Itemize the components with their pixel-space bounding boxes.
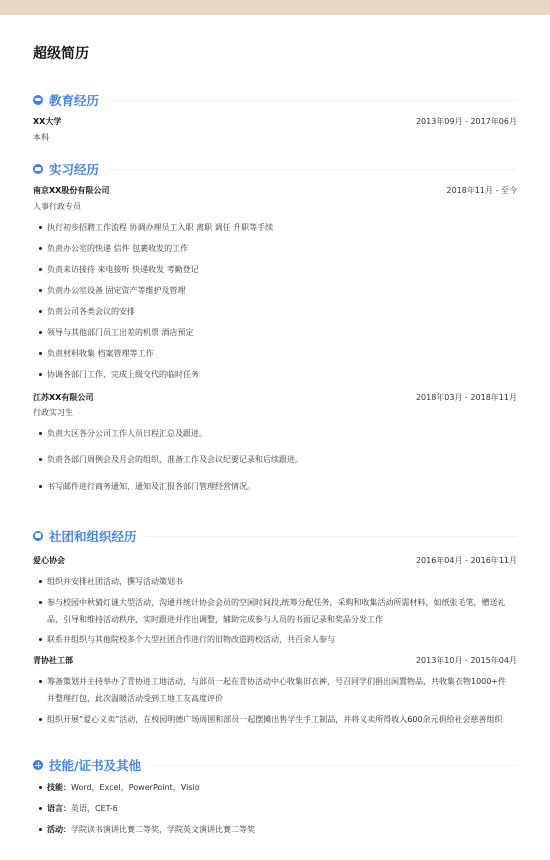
briefcase-icon xyxy=(33,164,43,174)
grid-icon xyxy=(33,760,43,770)
job-title: 行政实习生 xyxy=(33,407,73,418)
skill-value: 英语，CET-6 xyxy=(71,804,118,813)
list-item: 负责各部门周例会及月会的组织，准备工作及会议纪要记录和后续跟进。 xyxy=(47,451,514,468)
skill-item: 活动：学院读书演讲比赛二等奖，学院英文演讲比赛二等奖 xyxy=(47,821,514,838)
section-title: 实习经历 xyxy=(49,160,99,178)
list-item: 联系并组织与其他院校多个大型社团合作进行的旧物改造跨校活动，共百余人参与 xyxy=(47,631,514,648)
skill-label: 技能： xyxy=(47,783,71,792)
section-title: 技能/证书及其他 xyxy=(49,756,141,774)
list-item: 协调各部门工作，完成上级交代的临时任务 xyxy=(47,366,514,383)
list-item: 执行初步招聘工作流程 协调办理员工入职 离职 调任 升职等手续 xyxy=(47,219,514,236)
list-item: 组织并安排社团活动，撰写活动策划书 xyxy=(47,573,514,590)
entry-header: XX大学 2013年09月 - 2017年06月 xyxy=(33,116,517,127)
degree: 本科 xyxy=(33,132,49,143)
section-header-skills: 技能/证书及其他 xyxy=(33,756,517,774)
entry-header: 爱心协会 2016年04月 - 2016年11月 xyxy=(33,555,517,566)
entry-date: 2018年11月 - 至今 xyxy=(446,185,517,196)
job-title: 人事行政专员 xyxy=(33,201,81,212)
section-header-internship: 实习经历 xyxy=(33,160,517,178)
organization-name: 青协社工部 xyxy=(33,655,73,666)
organization-name: 爱心协会 xyxy=(33,555,65,566)
section-divider xyxy=(107,100,517,101)
list-item: 组织开展“爱心义卖”活动，在校园明德广场周围和部员一起摆摊出售学生手工制品，并将… xyxy=(47,711,514,728)
skill-item: 语言：英语，CET-6 xyxy=(47,800,514,817)
section-divider xyxy=(149,765,517,766)
resume-title: 超级简历 xyxy=(33,43,89,63)
entry-date: 2016年04月 - 2016年11月 xyxy=(416,555,517,566)
section-header-clubs: 社团和组织经历 xyxy=(33,527,517,545)
list-item: 筹备策划并主持举办了青协进工地活动，与部员一起在青协活动中心收集旧衣裤，号召同学… xyxy=(47,673,514,707)
list-item: 负责来访接待 来电接听 快递收发 考勤登记 xyxy=(47,261,514,278)
section-divider xyxy=(107,169,517,170)
section-title: 教育经历 xyxy=(49,91,99,109)
list-item: 负责大区各分公司工作人员日程汇总及跟进。 xyxy=(47,425,514,442)
company-name: 南京XX股份有限公司 xyxy=(33,185,109,196)
company-name: 江苏XX有限公司 xyxy=(33,392,93,403)
skill-item: 技能：Word，Excel，PowerPoint，Visio xyxy=(47,779,514,796)
entry-date: 2013年10月 - 2015年04月 xyxy=(416,655,517,666)
entry-date: 2018年03月 - 2018年11月 xyxy=(416,392,517,403)
entry-header: 青协社工部 2013年10月 - 2015年04月 xyxy=(33,655,517,666)
skill-label: 活动： xyxy=(47,825,71,834)
header-band xyxy=(0,0,550,15)
entry-date: 2013年09月 - 2017年06月 xyxy=(416,116,517,127)
list-item: 负责办公室的快递 信件 包裹收发的工作 xyxy=(47,240,514,257)
skill-value: 学院读书演讲比赛二等奖，学院英文演讲比赛二等奖 xyxy=(71,825,255,834)
section-title: 社团和组织经历 xyxy=(49,527,137,545)
school-name: XX大学 xyxy=(33,116,61,127)
entry-header: 江苏XX有限公司 2018年03月 - 2018年11月 xyxy=(33,392,517,403)
graduation-cap-icon xyxy=(33,95,43,105)
list-item: 负责办公室设备 固定资产等维护及管理 xyxy=(47,282,514,299)
entry-header: 南京XX股份有限公司 2018年11月 - 至今 xyxy=(33,185,517,196)
list-item: 参与校园中秋猜灯谜大型活动，沟通并统计协会会员的空闲时间段,统筹分配任务，采购和… xyxy=(47,594,514,628)
skill-value: Word，Excel，PowerPoint，Visio xyxy=(71,783,200,792)
section-header-education: 教育经历 xyxy=(33,91,517,109)
list-item: 负责材料收集 档案管理等工作 xyxy=(47,345,514,362)
chat-bubble-icon xyxy=(33,531,43,541)
section-divider xyxy=(145,536,517,537)
list-item: 负责公司各类会议的安排 xyxy=(47,303,514,320)
list-item: 书写邮件进行商务通知，通知及汇报各部门管理经营情况。 xyxy=(47,478,514,495)
skill-label: 语言： xyxy=(47,804,71,813)
list-item: 领导与其他部门员工出差的机票 酒店预定 xyxy=(47,324,514,341)
